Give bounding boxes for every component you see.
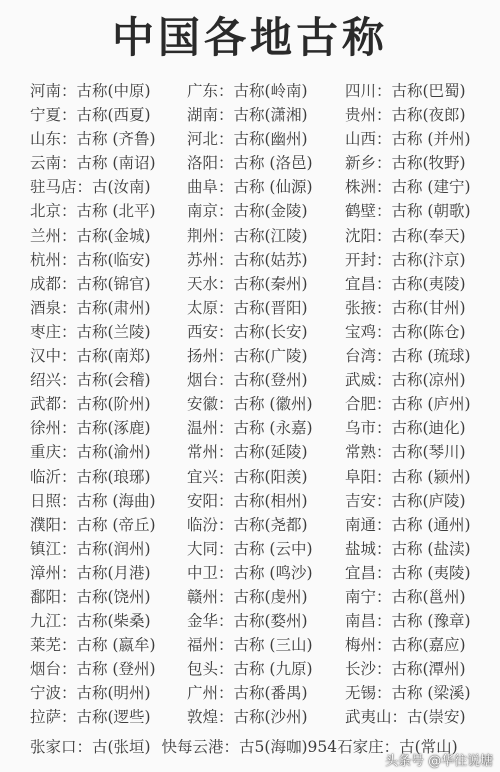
table-row: 宁波：古称(明州)广州：古称(番禺)无锡：古称 (梁溪) xyxy=(0,682,500,706)
list-item: 鄱阳：古称(饶州) xyxy=(30,586,151,608)
list-item: 新乡：古称(牧野) xyxy=(345,152,466,174)
table-row: 徐州：古称(涿鹿)温州：古称 (永嘉)乌市：古称(迪化) xyxy=(0,417,500,441)
table-row: 鄱阳：古称(饶州)赣州：古称(虔州)南宁：古称(邕州) xyxy=(0,586,500,610)
table-row: 成都：古称(锦官)天水：古称(秦州)宜昌：古称(夷陵) xyxy=(0,273,500,297)
list-item: 盐城：古称 (盐渎) xyxy=(345,538,471,560)
list-item: 广州：古称(番禺) xyxy=(187,682,308,704)
list-item: 沈阳：古称(奉天) xyxy=(345,225,466,247)
table-row: 临沂：古称(琅琊)宜兴：古称(阳羡)阜阳：古称 (颍州) xyxy=(0,466,500,490)
list-item: 烟台：古称(登州) xyxy=(187,369,308,391)
page-title: 中国各地古称 xyxy=(0,8,500,68)
list-item: 河北：古称(幽州) xyxy=(187,128,308,150)
list-item: 金华：古称(婺州) xyxy=(187,610,308,632)
list-item: 宁波：古称(明州) xyxy=(30,682,151,704)
list-item: 安阳：古称(相州) xyxy=(187,490,308,512)
table-row: 杭州：古称(临安)苏州：古称(姑苏)开封：古称(汴京) xyxy=(0,249,500,273)
list-item: 南通：古称 (通州) xyxy=(345,514,471,536)
list-item: 成都：古称(锦官) xyxy=(30,273,151,295)
footer-item-zhangjiakou: 张家口：古(张垣) xyxy=(30,738,151,756)
list-item: 安徽：古称 (徽州) xyxy=(187,393,313,415)
list-item: 常州：古称(延陵) xyxy=(187,441,308,463)
list-item: 福州：古称 (三山) xyxy=(187,634,313,656)
list-item: 宁夏：古称(西夏) xyxy=(30,104,151,126)
list-item: 重庆：古称(渝州) xyxy=(30,441,151,463)
list-item: 北京：古称 (北平) xyxy=(30,200,156,222)
table-row: 河南：古称(中原)广东：古称(岭南)四川：古称(巴蜀) xyxy=(0,80,500,104)
list-item: 太原：古称(晋阳) xyxy=(187,297,308,319)
watermark-text: 头条号 @华往说塘 xyxy=(385,750,493,769)
list-item: 贵州：古称(夜郎) xyxy=(345,104,466,126)
list-item: 株洲：古称 (建宁) xyxy=(345,176,471,198)
list-item: 西安：古称(长安) xyxy=(187,321,308,343)
list-item: 包头：古称 (九原) xyxy=(187,658,313,680)
list-item: 南宁：古称(邕州) xyxy=(345,586,466,608)
list-item: 赣州：古称(虔州) xyxy=(187,586,308,608)
list-item: 开封：古称(汴京) xyxy=(345,249,466,271)
list-item: 九江：古称(柴桑) xyxy=(30,610,151,632)
list-item: 中卫：古称 (鸣沙) xyxy=(187,562,313,584)
list-item: 绍兴：古称(会稽) xyxy=(30,369,151,391)
list-item: 宜昌：古称(夷陵) xyxy=(345,273,466,295)
table-row: 北京：古称 (北平)南京：古称(金陵)鹤壁：古称 (朝歌) xyxy=(0,200,500,224)
list-item: 长沙：古称(潭州) xyxy=(345,658,466,680)
table-row: 兰州：古称(金城)荆州：古称(江陵)沈阳：古称(奉天) xyxy=(0,225,500,249)
list-item: 莱芜：古称 (嬴牟) xyxy=(30,634,156,656)
list-item: 武威：古称(凉州) xyxy=(345,369,466,391)
list-item: 荆州：古称(江陵) xyxy=(187,225,308,247)
list-item: 兰州：古称(金城) xyxy=(30,225,151,247)
list-item: 南京：古称(金陵) xyxy=(187,200,308,222)
table-row: 宁夏：古称(西夏)湖南：古称(潇湘)贵州：古称(夜郎) xyxy=(0,104,500,128)
list-item: 杭州：古称(临安) xyxy=(30,249,151,271)
table-row: 莱芜：古称 (嬴牟)福州：古称 (三山)梅州：古称(嘉应) xyxy=(0,634,500,658)
list-item: 宜昌：古称 (夷陵) xyxy=(345,562,471,584)
list-item: 天水：古称(秦州) xyxy=(187,273,308,295)
list-item: 云南：古称 (南诏) xyxy=(30,152,156,174)
list-item: 宝鸡：古称(陈仓) xyxy=(345,321,466,343)
list-item: 濮阳：古称 (帝丘) xyxy=(30,514,156,536)
list-item: 山东：古称 (齐鲁) xyxy=(30,128,156,150)
table-row: 山东：古称 (齐鲁)河北：古称(幽州)山西：古称 (并州) xyxy=(0,128,500,152)
table-row: 枣庄：古称(兰陵)西安：古称(长安)宝鸡：古称(陈仓) xyxy=(0,321,500,345)
list-item: 阜阳：古称 (颍州) xyxy=(345,466,471,488)
list-item: 常熟：古称(琴川) xyxy=(345,441,466,463)
list-item: 大同：古称 (云中) xyxy=(187,538,313,560)
list-item: 拉萨：古称(逻些) xyxy=(30,706,151,728)
list-item: 四川：古称(巴蜀) xyxy=(345,80,466,102)
list-item: 曲阜：古称 (仙源) xyxy=(187,176,313,198)
list-item: 洛阳：古称 (洛邑) xyxy=(187,152,313,174)
table-row: 九江：古称(柴桑)金华：古称(婺州)南昌：古称 (豫章) xyxy=(0,610,500,634)
table-row: 汉中：古称(南郑)扬州：古称(广陵)台湾：古称 (琉球) xyxy=(0,345,500,369)
list-item: 临汾：古称(尧都) xyxy=(187,514,308,536)
table-row: 濮阳：古称 (帝丘)临汾：古称(尧都)南通：古称 (通州) xyxy=(0,514,500,538)
list-item: 驻马店：古(汝南) xyxy=(30,176,151,198)
list-item: 温州：古称 (永嘉) xyxy=(187,417,313,439)
list-item: 宜兴：古称(阳羡) xyxy=(187,466,308,488)
list-item: 广东：古称(岭南) xyxy=(187,80,308,102)
list-item: 无锡：古称 (梁溪) xyxy=(345,682,471,704)
list-item: 枣庄：古称(兰陵) xyxy=(30,321,151,343)
table-row: 重庆：古称(渝州)常州：古称(延陵)常熟：古称(琴川) xyxy=(0,441,500,465)
list-item: 鹤壁：古称 (朝歌) xyxy=(345,200,471,222)
table-row: 云南：古称 (南诏)洛阳：古称 (洛邑)新乡：古称(牧野) xyxy=(0,152,500,176)
list-item: 河南：古称(中原) xyxy=(30,80,151,102)
table-row: 漳州：古称(月港)中卫：古称 (鸣沙)宜昌：古称 (夷陵) xyxy=(0,562,500,586)
table-row: 镇江：古称(润州)大同：古称 (云中)盐城：古称 (盐渎) xyxy=(0,538,500,562)
table-row: 烟台：古称 (登州)包头：古称 (九原)长沙：古称(潭州) xyxy=(0,658,500,682)
list-item: 合肥：古称 (庐州) xyxy=(345,393,471,415)
list-item: 汉中：古称(南郑) xyxy=(30,345,151,367)
list-item: 烟台：古称 (登州) xyxy=(30,658,156,680)
list-item: 吉安：古称(庐陵) xyxy=(345,490,466,512)
list-item: 酒泉：古称(肃州) xyxy=(30,297,151,319)
list-item: 日照：古称 (海曲) xyxy=(30,490,156,512)
table-row: 武都：古称(阶州)安徽：古称 (徽州)合肥：古称 (庐州) xyxy=(0,393,500,417)
list-item: 临沂：古称(琅琊) xyxy=(30,466,151,488)
table-row: 日照：古称 (海曲)安阳：古称(相州)吉安：古称(庐陵) xyxy=(0,490,500,514)
list-item: 张掖：古称(甘州) xyxy=(345,297,466,319)
list-item: 山西：古称 (并州) xyxy=(345,128,471,150)
list-item: 苏州：古称(姑苏) xyxy=(187,249,308,271)
table-row: 驻马店：古(汝南)曲阜：古称 (仙源)株洲：古称 (建宁) xyxy=(0,176,500,200)
list-item: 南昌：古称 (豫章) xyxy=(345,610,471,632)
list-item: 镇江：古称(润州) xyxy=(30,538,151,560)
list-item: 梅州：古称(嘉应) xyxy=(345,634,466,656)
table-row: 拉萨：古称(逻些)敦煌：古称(沙州)武夷山：古(崇安) xyxy=(0,706,500,730)
list-item: 武夷山：古(崇安) xyxy=(345,706,466,728)
list-item: 扬州：古称(广陵) xyxy=(187,345,308,367)
table-row: 酒泉：古称(肃州)太原：古称(晋阳)张掖：古称(甘州) xyxy=(0,297,500,321)
list-item: 敦煌：古称(沙州) xyxy=(187,706,308,728)
table-row: 绍兴：古称(会稽)烟台：古称(登州)武威：古称(凉州) xyxy=(0,369,500,393)
list-item: 漳州：古称(月港) xyxy=(30,562,151,584)
ancient-names-grid: 河南：古称(中原)广东：古称(岭南)四川：古称(巴蜀)宁夏：古称(西夏)湖南：古… xyxy=(0,80,500,731)
list-item: 徐州：古称(涿鹿) xyxy=(30,417,151,439)
list-item: 台湾：古称 (琉球) xyxy=(345,345,471,367)
list-item: 湖南：古称(潇湘) xyxy=(187,104,308,126)
list-item: 乌市：古称(迪化) xyxy=(345,417,466,439)
list-item: 武都：古称(阶州) xyxy=(30,393,151,415)
